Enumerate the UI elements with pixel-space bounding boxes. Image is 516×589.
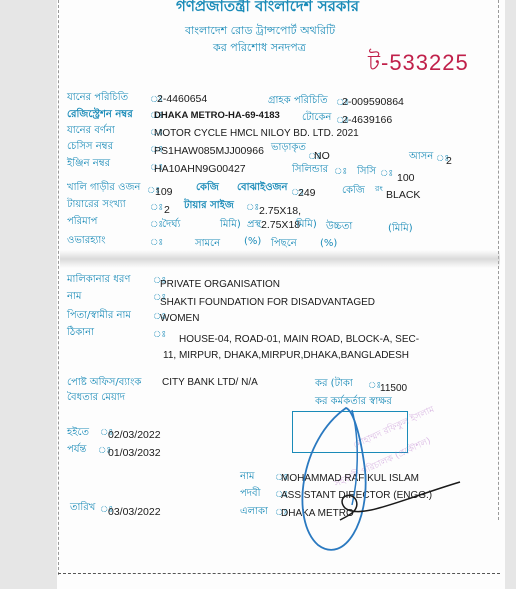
signature-scribble <box>0 0 516 589</box>
